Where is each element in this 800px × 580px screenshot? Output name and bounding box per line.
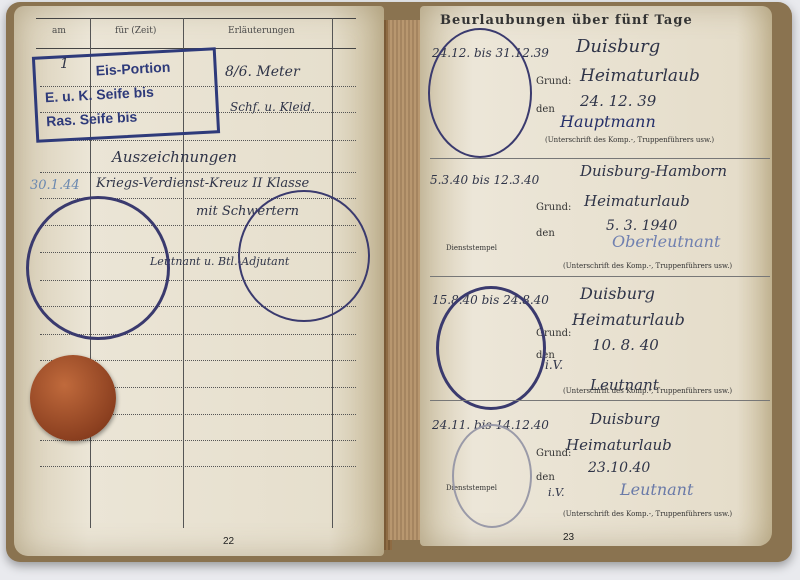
page-title: Beurlaubungen über fünf Tage bbox=[440, 13, 693, 28]
leave-reason: Heimaturlaub bbox=[580, 66, 700, 86]
leave-destination: Duisburg-Hamborn bbox=[580, 162, 727, 180]
ruled-line bbox=[40, 140, 356, 141]
label-den: den bbox=[536, 228, 555, 239]
ruled-line bbox=[40, 172, 356, 173]
top-rule bbox=[36, 18, 356, 19]
leave-destination: Duisburg bbox=[576, 36, 660, 57]
signature-caption: (Unterschrift des Komp.-, Truppenführers… bbox=[563, 510, 732, 518]
official-seal-outline bbox=[26, 196, 170, 340]
header-erlaeuterungen: Erläuterungen bbox=[228, 26, 295, 36]
faded-seal-outline bbox=[452, 424, 532, 528]
entry-divider bbox=[430, 400, 770, 401]
page-number-left: 22 bbox=[223, 536, 234, 547]
leave-reason: Heimaturlaub bbox=[566, 436, 672, 454]
handwritten-mark: 1 bbox=[60, 56, 69, 72]
leave-reason: Heimaturlaub bbox=[584, 192, 690, 210]
officer-signature: Leutnant bbox=[620, 480, 693, 499]
handwritten-entry: 8/6. Meter bbox=[225, 64, 300, 80]
signature-caption: (Unterschrift des Komp.-, Truppenführers… bbox=[563, 387, 732, 395]
leave-destination: Duisburg bbox=[590, 410, 660, 428]
ruled-line bbox=[40, 440, 356, 441]
page-number-right: 23 bbox=[563, 532, 574, 543]
official-seal-outline bbox=[428, 28, 532, 158]
label-den: den bbox=[536, 472, 555, 483]
label-grund: Grund: bbox=[536, 202, 571, 213]
entry-divider bbox=[430, 276, 770, 277]
leave-issue-date: 23.10.40 bbox=[588, 460, 650, 476]
officer-signature: Oberleutnant bbox=[612, 232, 720, 251]
official-seal-outline bbox=[436, 286, 546, 410]
euro-cent-coin bbox=[30, 355, 116, 441]
label-den: den bbox=[536, 104, 555, 115]
on-behalf-prefix: i.V. bbox=[548, 486, 565, 499]
on-behalf-prefix: i.V. bbox=[545, 358, 563, 372]
label-dienststempel: Dienststempel bbox=[446, 244, 497, 252]
handwritten-entry: Schf. u. Kleid. bbox=[230, 100, 315, 114]
officer-signature: Hauptmann bbox=[560, 112, 656, 131]
signature-caption: (Unterschrift des Komp.-, Truppenführers… bbox=[563, 262, 732, 270]
leave-issue-date: 24. 12. 39 bbox=[580, 92, 656, 110]
ruled-line bbox=[40, 466, 356, 467]
entry-divider bbox=[430, 158, 770, 159]
leave-dates: 5.3.40 bis 12.3.40 bbox=[430, 173, 539, 187]
official-seal-outline bbox=[238, 190, 370, 322]
header-am: am bbox=[52, 26, 66, 36]
section-title-auszeichnungen: Auszeichnungen bbox=[112, 148, 237, 166]
award-name: Kriegs-Verdienst-Kreuz II Klasse bbox=[96, 176, 309, 191]
leave-issue-date: 10. 8. 40 bbox=[592, 336, 659, 354]
leave-destination: Duisburg bbox=[580, 284, 655, 303]
award-date: 30.1.44 bbox=[30, 178, 80, 193]
label-grund: Grund: bbox=[536, 76, 571, 87]
signature-caption: (Unterschrift des Komp.-, Truppenführers… bbox=[545, 136, 714, 144]
header-fuer-zeit: für (Zeit) bbox=[115, 26, 156, 36]
leave-reason: Heimaturlaub bbox=[572, 310, 685, 329]
